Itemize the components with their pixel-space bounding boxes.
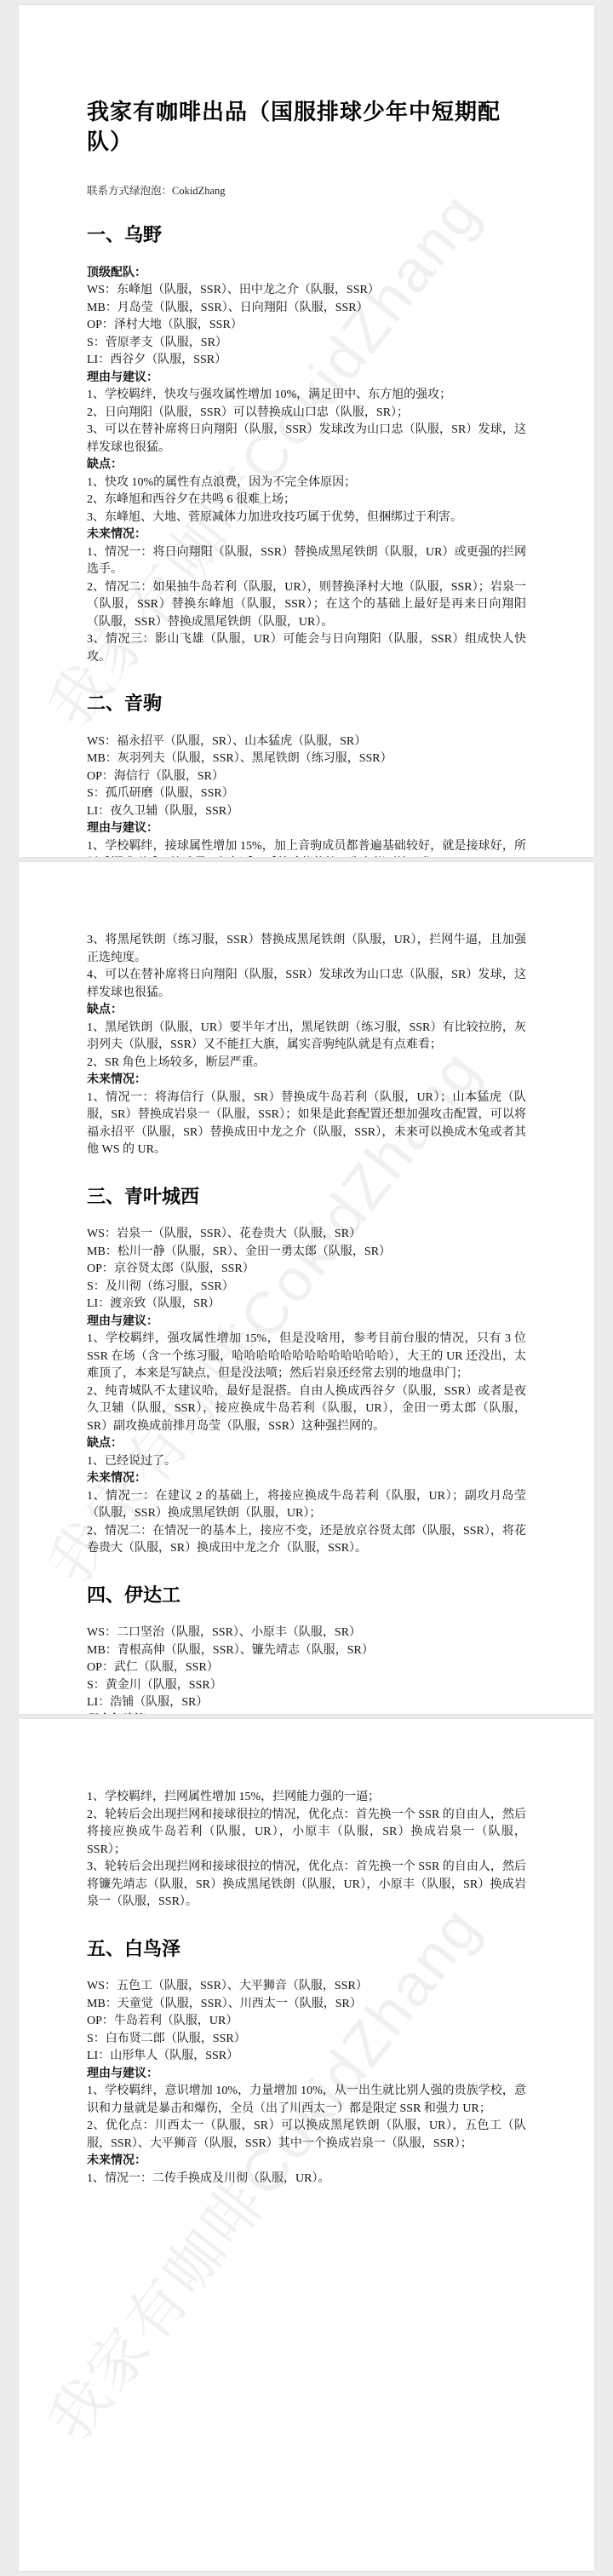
roster-line: LI：夜久卫辅（队服，SSR）	[87, 803, 526, 821]
document-viewer: 我家有咖啡CokidZhang我家有咖啡出品（国服排球少年中短期配队）联系方式绿…	[0, 5, 613, 2571]
subhead: 缺点：	[87, 1435, 526, 1453]
paragraph: 3、情况三：影山飞雄（队服，UR）可能会与日向翔阳（队服，SSR）组成快人快攻。	[87, 631, 526, 666]
paragraph: 2、SR 角色上场较多，断层严重。	[87, 1055, 526, 1072]
paragraph: 2、纯青城队不太建议哈，最好是混搭。自由人换成西谷夕（队服，SSR）或者是夜久卫…	[87, 1383, 526, 1436]
paragraph: 3、将黑尾铁朗（练习服，SSR）替换成黑尾铁朗（队服，UR），拦网牛逼，且加强正…	[87, 932, 526, 967]
paragraph: 2、东峰旭和西谷夕在共鸣 6 很难上场；	[87, 492, 526, 509]
roster-line: LI：浩铺（队服，SR）	[87, 1694, 526, 1712]
paragraph: 1、学校羁绊，强攻属性增加 15%，但是没啥用，参考目前台服的情况，只有 3 位…	[87, 1331, 526, 1383]
subhead: 理由与建议：	[87, 820, 526, 838]
paragraph: 1、学校羁绊，拦网属性增加 15%，拦网能力强的一逼；	[87, 1789, 526, 1807]
subhead: 缺点：	[87, 1002, 526, 1020]
paragraph: 2、轮转后会出现拦网和接球很拉的情况，优化点：首先换一个 SSR 的自由人，然后…	[87, 1807, 526, 1860]
paragraph: 1、快攻 10%的属性有点浪费，因为不完全体原因；	[87, 474, 526, 492]
subhead: 未来情况：	[87, 1470, 526, 1488]
roster-line: MB：青根高伸（队服，SSR）、镰先靖志（队服，SR）	[87, 1642, 526, 1660]
subhead: 未来情况：	[87, 526, 526, 544]
paragraph: 4、可以在替补席将日向翔阳（队服，SSR）发球改为山口忠（队服，SR）发球，这样…	[87, 967, 526, 1002]
paragraph: 1、黑尾铁朗（队服，UR）要半年才出，黑尾铁朗（练习服，SSR）有比较拉胯，灰羽…	[87, 1020, 526, 1055]
paragraph: 2、优化点：川西太一（队服，SR）可以换成黑尾铁朗（队服，UR），五色工（队服，…	[87, 2118, 526, 2153]
roster-line: OP：武仁（队服，SSR）	[87, 1659, 526, 1677]
section-heading: 一、乌野	[87, 223, 526, 248]
roster-line: S：孤爪研磨（队服，SSR）	[87, 785, 526, 803]
section-heading: 三、青叶城西	[87, 1185, 526, 1210]
roster-line: MB：天童觉（队服，SSR）、川西太一（队服，SR）	[87, 1996, 526, 2014]
subhead: 未来情况：	[87, 2153, 526, 2171]
roster-line: S：菅原孝支（队服，SR）	[87, 335, 526, 353]
roster-line: S：白布贤二郎（队服，SSR）	[87, 2031, 526, 2049]
paragraph: 2、情况二：如果抽牛岛若利（队服，UR），则替换泽村大地（队服，SSR）；岩泉一…	[87, 579, 526, 632]
doc-title: 我家有咖啡出品（国服排球少年中短期配队）	[87, 97, 526, 157]
roster-line: OP：牛岛若利（队服，UR）	[87, 2013, 526, 2031]
roster-line: OP：泽村大地（队服，SSR）	[87, 317, 526, 335]
paragraph: 2、情况二：在情况一的基本上，接应不变，还是放京谷贤太郎（队服，SSR），将花卷…	[87, 1523, 526, 1558]
roster-line: LI：山形隼人（队服，SSR）	[87, 2048, 526, 2066]
page-content: 1、学校羁绊，拦网属性增加 15%，拦网能力强的一逼；2、轮转后会出现拦网和接球…	[19, 1719, 594, 2188]
roster-line: WS：东峰旭（队服，SSR）、田中龙之介（队服，SSR）	[87, 282, 526, 300]
page-3: 我家有咖啡CokidZhang1、学校羁绊，拦网属性增加 15%，拦网能力强的一…	[19, 1719, 594, 2571]
roster-line: MB：灰羽列夫（队服，SSR）、黑尾铁朗（练习服，SSR）	[87, 750, 526, 768]
section-heading: 五、白鸟泽	[87, 1937, 526, 1962]
paragraph: 3、东峰旭、大地、菅原减体力加进攻技巧属于优势，但捆绑过于利害。	[87, 509, 526, 527]
paragraph: 1、学校羁绊，快攻与强攻属性增加 10%，满足田中、东方旭的强攻；	[87, 387, 526, 405]
page-content: 我家有咖啡出品（国服排球少年中短期配队）联系方式绿泡泡：CokidZhang一、…	[19, 5, 594, 857]
roster-line: MB：松川一静（队服，SR）、金田一勇太郎（队服，SR）	[87, 1244, 526, 1262]
page-content: 3、将黑尾铁朗（练习服，SSR）替换成黑尾铁朗（队服，UR），拦网牛逼，且加强正…	[19, 862, 594, 1714]
subhead: 理由与建议：	[87, 1314, 526, 1331]
paragraph: 1、情况一：将日向翔阳（队服，SSR）替换成黑尾铁朗（队服，UR）或更强的拦网选…	[87, 544, 526, 579]
paragraph: 2、日向翔阳（队服，SSR）可以替换成山口忠（队服，SR）；	[87, 405, 526, 423]
paragraph: 1、情况一：在建议 2 的基础上，将接应换成牛岛若利（队服，UR）；副攻月岛莹（…	[87, 1488, 526, 1523]
section-heading: 二、音驹	[87, 692, 526, 716]
paragraph: 1、情况一：将海信行（队服，SR）替换成牛岛若利（队服，UR）；山本猛虎（队服，…	[87, 1090, 526, 1159]
paragraph: 1、已经说过了。	[87, 1453, 526, 1471]
subhead: 顶级配队：	[87, 265, 526, 283]
roster-line: LI：西谷夕（队服，SSR）	[87, 352, 526, 370]
roster-line: WS：岩泉一（队服，SSR）、花卷贵大（队服，SR）	[87, 1226, 526, 1244]
subhead: 理由与建议：	[87, 1712, 526, 1714]
contact-line: 联系方式绿泡泡：CokidZhang	[87, 182, 526, 198]
section-heading: 四、伊达工	[87, 1584, 526, 1608]
subhead: 缺点：	[87, 457, 526, 474]
roster-line: OP：海信行（队服，SR）	[87, 768, 526, 786]
paragraph: 1、情况一：二传手换成及川彻（队服，UR）。	[87, 2171, 526, 2188]
page-1: 我家有咖啡CokidZhang我家有咖啡出品（国服排球少年中短期配队）联系方式绿…	[19, 5, 594, 857]
paragraph: 1、学校羁绊，接球属性增加 15%，加上音驹成员都普遍基础较好，就是接球好，所以…	[87, 838, 526, 857]
roster-line: WS：二口坚治（队服，SSR）、小原丰（队服，SR）	[87, 1624, 526, 1642]
roster-line: LI：渡亲致（队服，SR）	[87, 1296, 526, 1314]
subhead: 未来情况：	[87, 1072, 526, 1090]
page-2: 我家有咖啡CokidZhang3、将黑尾铁朗（练习服，SSR）替换成黑尾铁朗（队…	[19, 862, 594, 1714]
paragraph: 3、轮转后会出现拦网和接球很拉的情况，优化点：首先换一个 SSR 的自由人，然后…	[87, 1859, 526, 1912]
subhead: 理由与建议：	[87, 2066, 526, 2084]
roster-line: WS：五色工（队服，SSR）、大平狮音（队服，SSR）	[87, 1978, 526, 1996]
paragraph: 3、可以在替补席将日向翔阳（队服，SSR）发球改为山口忠（队服，SR）发球，这样…	[87, 422, 526, 457]
roster-line: OP：京谷贤太郎（队服，SSR）	[87, 1261, 526, 1279]
roster-line: MB：月岛莹（队服，SSR）、日向翔阳（队服，SSR）	[87, 300, 526, 318]
roster-line: WS：福永招平（队服，SR）、山本猛虎（队服，SR）	[87, 733, 526, 751]
roster-line: S：及川彻（练习服，SSR）	[87, 1279, 526, 1297]
paragraph: 1、学校羁绊，意识增加 10%，力量增加 10%，从一出生就比别人强的贵族学校，…	[87, 2083, 526, 2118]
subhead: 理由与建议：	[87, 370, 526, 388]
roster-line: S：黄金川（队服，SSR）	[87, 1677, 526, 1695]
